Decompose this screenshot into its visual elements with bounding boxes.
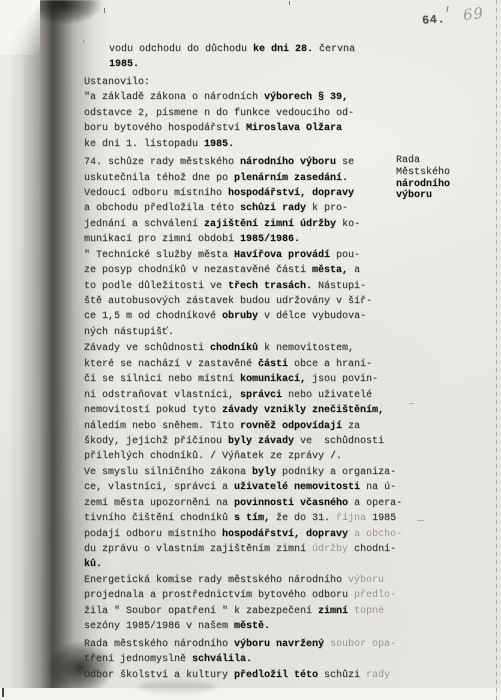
text-line: žila " Soubor opatření " k zabezpečení z… <box>84 604 429 619</box>
text-line: nemovitostí pokud tyto závady vznikly zn… <box>84 403 429 418</box>
margin-note-line: národního <box>396 179 450 191</box>
text-line: přilehlých chodníků. / Výňatek ze zprávy… <box>84 449 429 464</box>
text-line: Ustanovilo: <box>84 75 429 90</box>
text-line: tření jednomyslně schválila. <box>84 652 429 667</box>
text-line: vodu odchodu do důchodu ke dni 28. červn… <box>84 42 429 57</box>
text-line: ce, vlastníci, správci a uživatelé nemov… <box>84 480 429 495</box>
scan-speck <box>417 520 424 521</box>
text-line: Rada městského národního výboru navržený… <box>84 637 429 652</box>
document-body-text: vodu odchodu do důchodu ke dni 28. červn… <box>84 42 429 683</box>
text-line: ště autobusových zástavek budou udržován… <box>84 294 429 309</box>
text-line: podají odboru místního hospodářství, dop… <box>84 527 429 542</box>
text-line: Závady ve schůdnosti chodníků k nemovito… <box>84 341 429 356</box>
text-line: to podle důležitosti ve třech trasách. N… <box>84 279 429 294</box>
text-line: boru bytového hospodářství Miroslava Olž… <box>84 121 429 136</box>
text-line: "a základě zákona o národních výborech §… <box>84 90 429 105</box>
text-line: du zprávu o vlastním zajištěním zimní úd… <box>84 542 429 557</box>
text-line: sezóny 1985/1986 v našem městě. <box>84 619 429 634</box>
scan-speck <box>409 403 414 404</box>
text-line: Vedoucí odboru místního hospodářství, do… <box>84 186 429 201</box>
page-corner-highlight <box>0 0 40 55</box>
text-line: zemí města upozorněni na povinnosti včas… <box>84 496 429 511</box>
text-line: ků. <box>84 557 429 572</box>
text-line: projednala a prostřednictvím bytového od… <box>84 588 429 603</box>
text-line: " Technické služby města Havířova provád… <box>84 248 429 263</box>
text-line: čí se silnicí nebo místní komunikací, js… <box>84 372 429 387</box>
text-line: 74. schůze rady městského národního výbo… <box>84 155 429 170</box>
scan-speck <box>446 6 448 12</box>
text-line: a obchodu předložila této schůzi rady k … <box>84 201 429 216</box>
text-line: které se nachází v zastavěné části obce … <box>84 357 429 372</box>
margin-note-line: Rada <box>396 155 450 167</box>
text-line: ných nástupišť. <box>84 325 429 340</box>
text-line: škody, jejichž příčinou byly závady ve s… <box>84 434 429 449</box>
scanned-document-page: 64. 69 vodu odchodu do důchodu ke dni 28… <box>0 0 501 700</box>
margin-note-line: Městského <box>396 167 450 179</box>
scan-speck <box>2 688 4 697</box>
text-line: náledím nebo sněhem. Tito rovněž odpovíd… <box>84 419 429 434</box>
text-line: Ve smyslu silničního zákona byly podniky… <box>84 465 429 480</box>
page-right-edge <box>496 0 497 700</box>
text-line: uskutečnila téhož dne po plenárním zased… <box>84 171 429 186</box>
text-line: Energetická komise rady městského národn… <box>84 573 429 588</box>
scan-speck <box>104 8 105 13</box>
text-line: Odbor školství a kultury předložil této … <box>84 668 429 683</box>
page-number-typed: 64. <box>422 12 446 28</box>
text-line: jednání a schválení zajištění zimní údrž… <box>84 217 429 232</box>
text-line: ze posyp chodníků v nezastavěné části mě… <box>84 263 429 278</box>
text-line: 1985. <box>84 57 429 72</box>
text-line: tivního čištění chodníků s tím, že do 31… <box>84 511 429 526</box>
text-line: ce 1,5 m od chodníkové obruby v délce vy… <box>84 309 429 324</box>
page-number-handwritten: 69 <box>462 4 485 24</box>
text-line: ni odstraňovat vlastníci, správci nebo u… <box>84 388 429 403</box>
page-bottom-edge <box>0 688 501 700</box>
margin-note: RadaMěstskéhonárodníhovýboru <box>396 155 450 202</box>
text-line: ke dni 1. listopadu 1985. <box>84 137 429 152</box>
margin-note-line: výboru <box>396 190 450 202</box>
text-line: munikací pro zimní období 1985/1986. <box>84 232 429 247</box>
text-line: odstavce 2, písmene n do funkce vedoucíh… <box>84 106 429 121</box>
scan-speck <box>83 40 84 43</box>
scan-speck <box>289 1 290 5</box>
